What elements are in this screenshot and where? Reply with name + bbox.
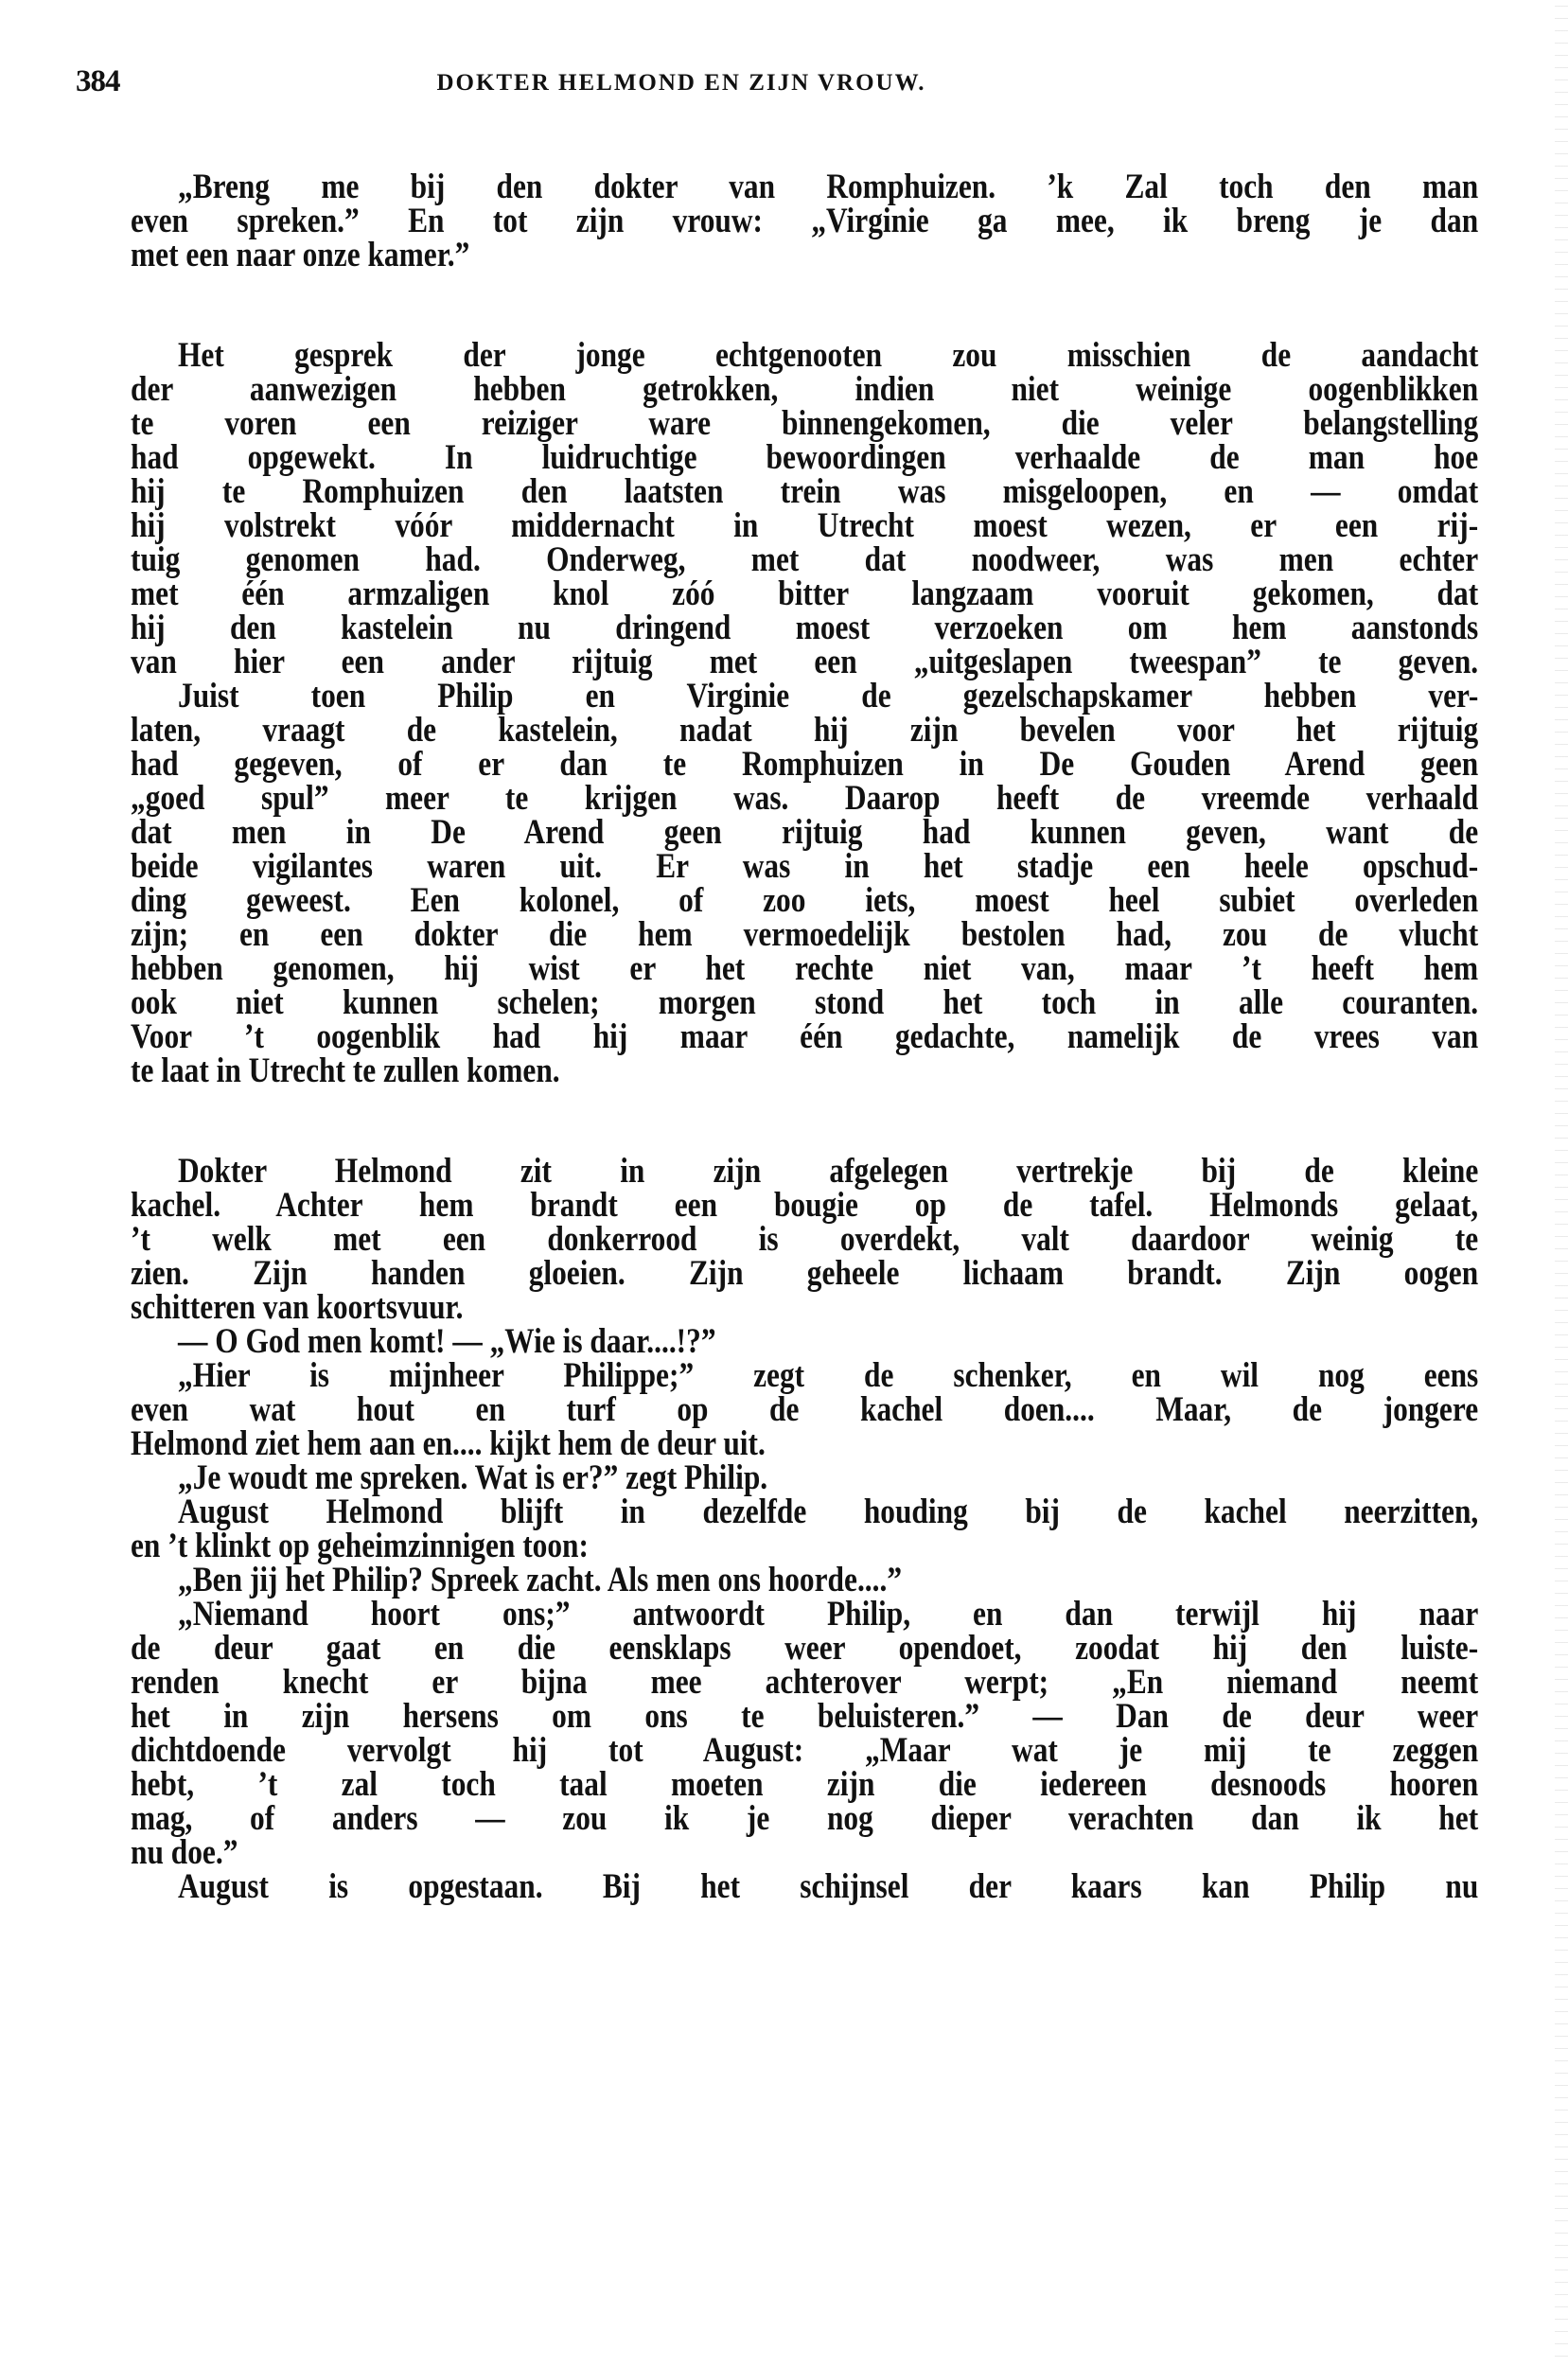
text-line: ding geweest. Een kolonel, of zoo iets, … — [131, 882, 1478, 918]
text-line: te voren een reiziger ware binnengekomen… — [131, 405, 1478, 441]
scan-edge — [1555, 0, 1568, 2367]
text-line: hebben genomen, hij wist er het rechte n… — [131, 950, 1478, 986]
text-line: „Ben jij het Philip? Spreek zacht. Als m… — [178, 1562, 1478, 1598]
text-line: te laat in Utrecht te zullen komen. — [131, 1052, 1478, 1088]
text-line: „Hier is mijnheer Philippe;” zegt de sch… — [178, 1357, 1478, 1393]
text-line: laten, vraagt de kastelein, nadat hij zi… — [131, 712, 1478, 748]
text-line: nu doe.” — [131, 1834, 1478, 1870]
text-line: even spreken.” En tot zijn vrouw: „Virgi… — [131, 203, 1478, 238]
text-line: ’t welk met een donkerrood is overdekt, … — [131, 1221, 1478, 1257]
text-line: der aanwezigen hebben getrokken, indien … — [131, 371, 1478, 407]
text-line: August Helmond blijft in dezelfde houdin… — [178, 1493, 1478, 1529]
text-line: had gegeven, of er dan te Romphuizen in … — [131, 746, 1478, 782]
text-line: renden knecht er bijna mee achterover we… — [131, 1664, 1478, 1700]
book-page: 384 DOKTER HELMOND EN ZIJN VROUW. „Breng… — [0, 0, 1568, 2367]
text-line: had opgewekt. In luidruchtige bewoording… — [131, 439, 1478, 475]
text-line: met één armzaligen knol zóó bitter langz… — [131, 575, 1478, 611]
text-line: dichtdoende vervolgt hij tot August: „Ma… — [131, 1732, 1478, 1768]
text-line: kachel. Achter hem brandt een bougie op … — [131, 1187, 1478, 1223]
page-header: 384 DOKTER HELMOND EN ZIJN VROUW. — [38, 64, 1514, 102]
text-line: — O God men komt! — „Wie is daar....!?” — [178, 1323, 1478, 1359]
text-line: hij den kastelein nu dringend moest verz… — [131, 609, 1478, 645]
text-line: „Je woudt me spreken. Wat is er?” zegt P… — [178, 1459, 1478, 1495]
text-line: van hier een ander rijtuig met een „uitg… — [131, 644, 1478, 680]
text-line: hij te Romphuizen den laatsten trein was… — [131, 473, 1478, 509]
text-line: Voor ’t oogenblik had hij maar één gedac… — [131, 1018, 1478, 1054]
text-line: de deur gaat en die eensklaps weer opend… — [131, 1630, 1478, 1666]
text-line: „Niemand hoort ons;” antwoordt Philip, e… — [178, 1596, 1478, 1632]
text-line: het in zijn hersens om ons te beluistere… — [131, 1698, 1478, 1734]
text-line: dat men in De Arend geen rijtuig had kun… — [131, 814, 1478, 850]
page-number: 384 — [76, 64, 120, 99]
text-line: August is opgestaan. Bij het schijnsel d… — [178, 1868, 1478, 1904]
text-line: mag, of anders — zou ik je nog dieper ve… — [131, 1800, 1478, 1836]
text-line: hij volstrekt vóór middernacht in Utrech… — [131, 507, 1478, 543]
text-line: Juist toen Philip en Virginie de gezelsc… — [178, 678, 1478, 714]
text-line: Het gesprek der jonge echtgenooten zou m… — [178, 337, 1478, 373]
text-line: „goed spul” meer te krijgen was. Daarop … — [131, 780, 1478, 816]
text-line: hebt, ’t zal toch taal moeten zijn die i… — [131, 1766, 1478, 1802]
text-line: Helmond ziet hem aan en.... kijkt hem de… — [131, 1425, 1478, 1461]
text-line: tuig genomen had. Onderweg, met dat nood… — [131, 541, 1478, 577]
text-line: met een naar onze kamer.” — [131, 237, 1478, 273]
text-line: beide vigilantes waren uit. Er was in he… — [131, 848, 1478, 884]
text-line: Dokter Helmond zit in zijn afgelegen ver… — [178, 1153, 1478, 1189]
text-line: en ’t klinkt op geheimzinnigen toon: — [131, 1528, 1478, 1563]
text-line: ook niet kunnen schelen; morgen stond he… — [131, 984, 1478, 1020]
running-title: DOKTER HELMOND EN ZIJN VROUW. — [189, 70, 1173, 97]
text-line: even wat hout en turf op de kachel doen.… — [131, 1391, 1478, 1427]
text-line: schitteren van koortsvuur. — [131, 1289, 1478, 1325]
text-line: zijn; en een dokter die hem vermoedelijk… — [131, 916, 1478, 952]
text-line: „Breng me bij den dokter van Romphuizen.… — [178, 168, 1478, 204]
text-line: zien. Zijn handen gloeien. Zijn geheele … — [131, 1255, 1478, 1291]
